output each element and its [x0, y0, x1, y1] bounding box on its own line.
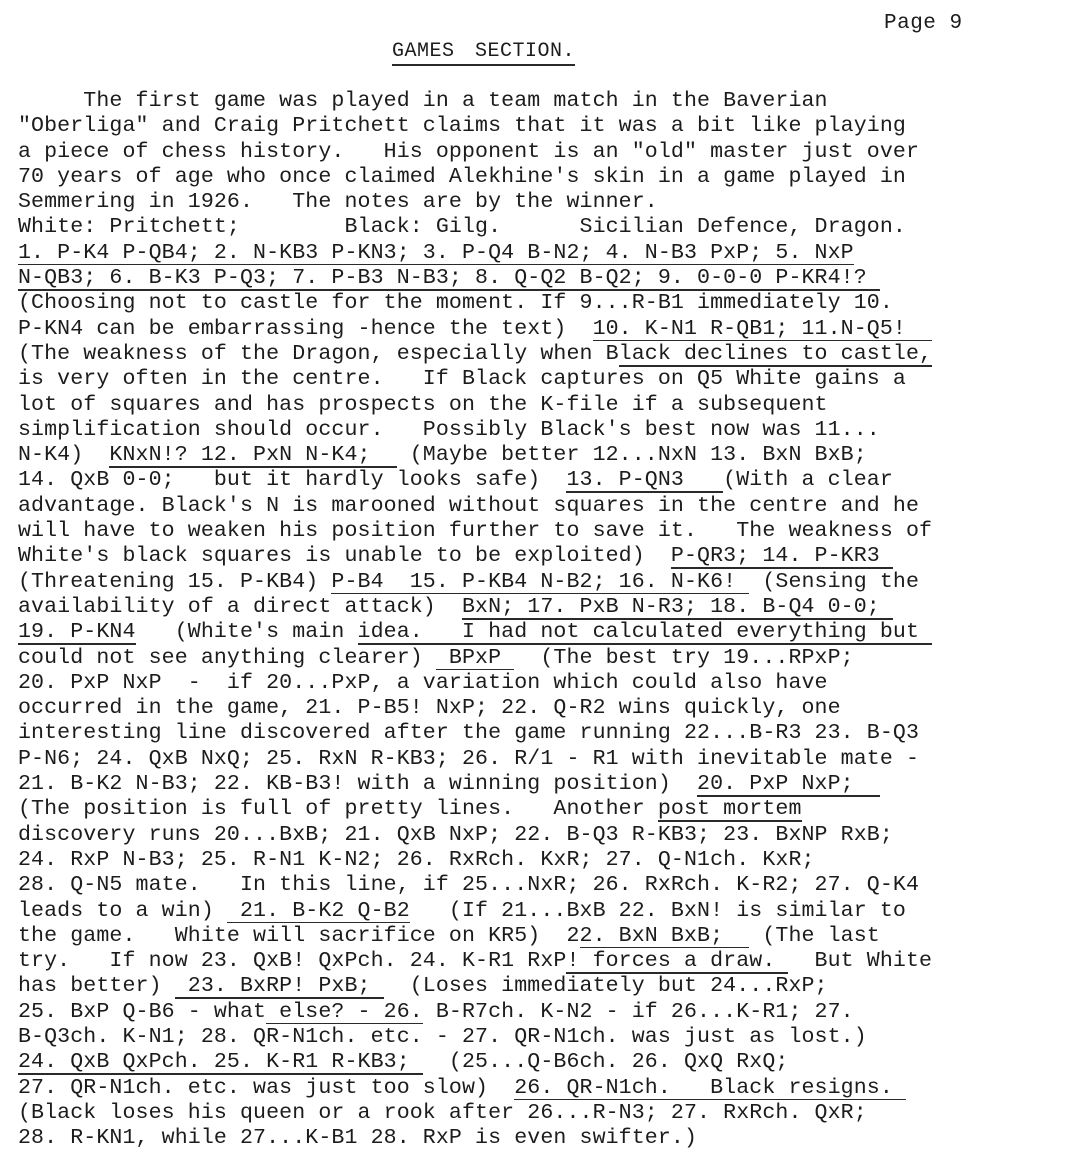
text-line: B-Q3ch. K-N1; 28. QR-N1ch. etc. - 27. QR… — [18, 1025, 1078, 1050]
text-line: availability of a direct attack) BxN; 17… — [18, 595, 1078, 620]
text-line: (Threatening 15. P-KB4) P-B4 15. P-KB4 N… — [18, 570, 1078, 595]
text-line: 70 years of age who once claimed Alekhin… — [18, 165, 1078, 190]
text-line: try. If now 23. QxB! QxPch. 24. K-R1 RxP… — [18, 949, 1078, 974]
text-line: N-K4) KNxN!? 12. PxN N-K4; (Maybe better… — [18, 443, 1078, 468]
text-line: (The position is full of pretty lines. A… — [18, 797, 1078, 822]
text-line: lot of squares and has prospects on the … — [18, 393, 1078, 418]
section-title: GAMES SECTION. — [392, 40, 575, 66]
text-line: (Black loses his queen or a rook after 2… — [18, 1101, 1078, 1126]
text-line: 28. Q-N5 mate. In this line, if 25...NxR… — [18, 873, 1078, 898]
text-line: 24. RxP N-B3; 25. R-N1 K-N2; 26. RxRch. … — [18, 848, 1078, 873]
text-line: P-KN4 can be embarrassing -hence the tex… — [18, 317, 1078, 342]
text-line: 28. R-KN1, while 27...K-B1 28. RxP is ev… — [18, 1126, 1078, 1151]
text-line: The first game was played in a team matc… — [18, 89, 1078, 114]
text-line: interesting line discovered after the ga… — [18, 721, 1078, 746]
text-line: is very often in the centre. If Black ca… — [18, 367, 1078, 392]
text-line: leads to a win) 21. B-K2 Q-B2 (If 21...B… — [18, 899, 1078, 924]
text-line: 1. P-K4 P-QB4; 2. N-KB3 P-KN3; 3. P-Q4 B… — [18, 241, 1078, 266]
text-line: P-N6; 24. QxB NxQ; 25. RxN R-KB3; 26. R/… — [18, 747, 1078, 772]
article-body: The first game was played in a team matc… — [18, 89, 1078, 1151]
text-line: N-QB3; 6. B-K3 P-Q3; 7. P-B3 N-B3; 8. Q-… — [18, 266, 1078, 291]
text-line: discovery runs 20...BxB; 21. QxB NxP; 22… — [18, 823, 1078, 848]
text-line: 14. QxB 0-0; but it hardly looks safe) 1… — [18, 468, 1078, 493]
text-line: White's black squares is unable to be ex… — [18, 544, 1078, 569]
text-line: 20. PxP NxP - if 20...PxP, a variation w… — [18, 671, 1078, 696]
text-line: occurred in the game, 21. P-B5! NxP; 22.… — [18, 696, 1078, 721]
text-line: 21. B-K2 N-B3; 22. KB-B3! with a winning… — [18, 772, 1078, 797]
text-line: will have to weaken his position further… — [18, 519, 1078, 544]
text-line: Semmering in 1926. The notes are by the … — [18, 190, 1078, 215]
text-line: simplification should occur. Possibly Bl… — [18, 418, 1078, 443]
text-line: "Oberliga" and Craig Pritchett claims th… — [18, 114, 1078, 139]
text-line: 19. P-KN4 (White's main idea. I had not … — [18, 620, 1078, 645]
text-line: (Choosing not to castle for the moment. … — [18, 291, 1078, 316]
text-line: 24. QxB QxPch. 25. K-R1 R-KB3; (25...Q-B… — [18, 1050, 1078, 1075]
text-line: could not see anything clearer) BPxP (Th… — [18, 646, 1078, 671]
page-number: Page 9 — [884, 12, 963, 35]
text-line: the game. White will sacrifice on KR5) 2… — [18, 924, 1078, 949]
text-line: has better) 23. BxRP! PxB; (Loses immedi… — [18, 974, 1078, 999]
text-line: (The weakness of the Dragon, especially … — [18, 342, 1078, 367]
text-line: 27. QR-N1ch. etc. was just too slow) 26.… — [18, 1076, 1078, 1101]
text-line: advantage. Black's N is marooned without… — [18, 494, 1078, 519]
text-line: White: Pritchett; Black: Gilg. Sicilian … — [18, 215, 1078, 240]
text-line: 25. BxP Q-B6 - what else? - 26. B-R7ch. … — [18, 1000, 1078, 1025]
text-line: a piece of chess history. His opponent i… — [18, 140, 1078, 165]
